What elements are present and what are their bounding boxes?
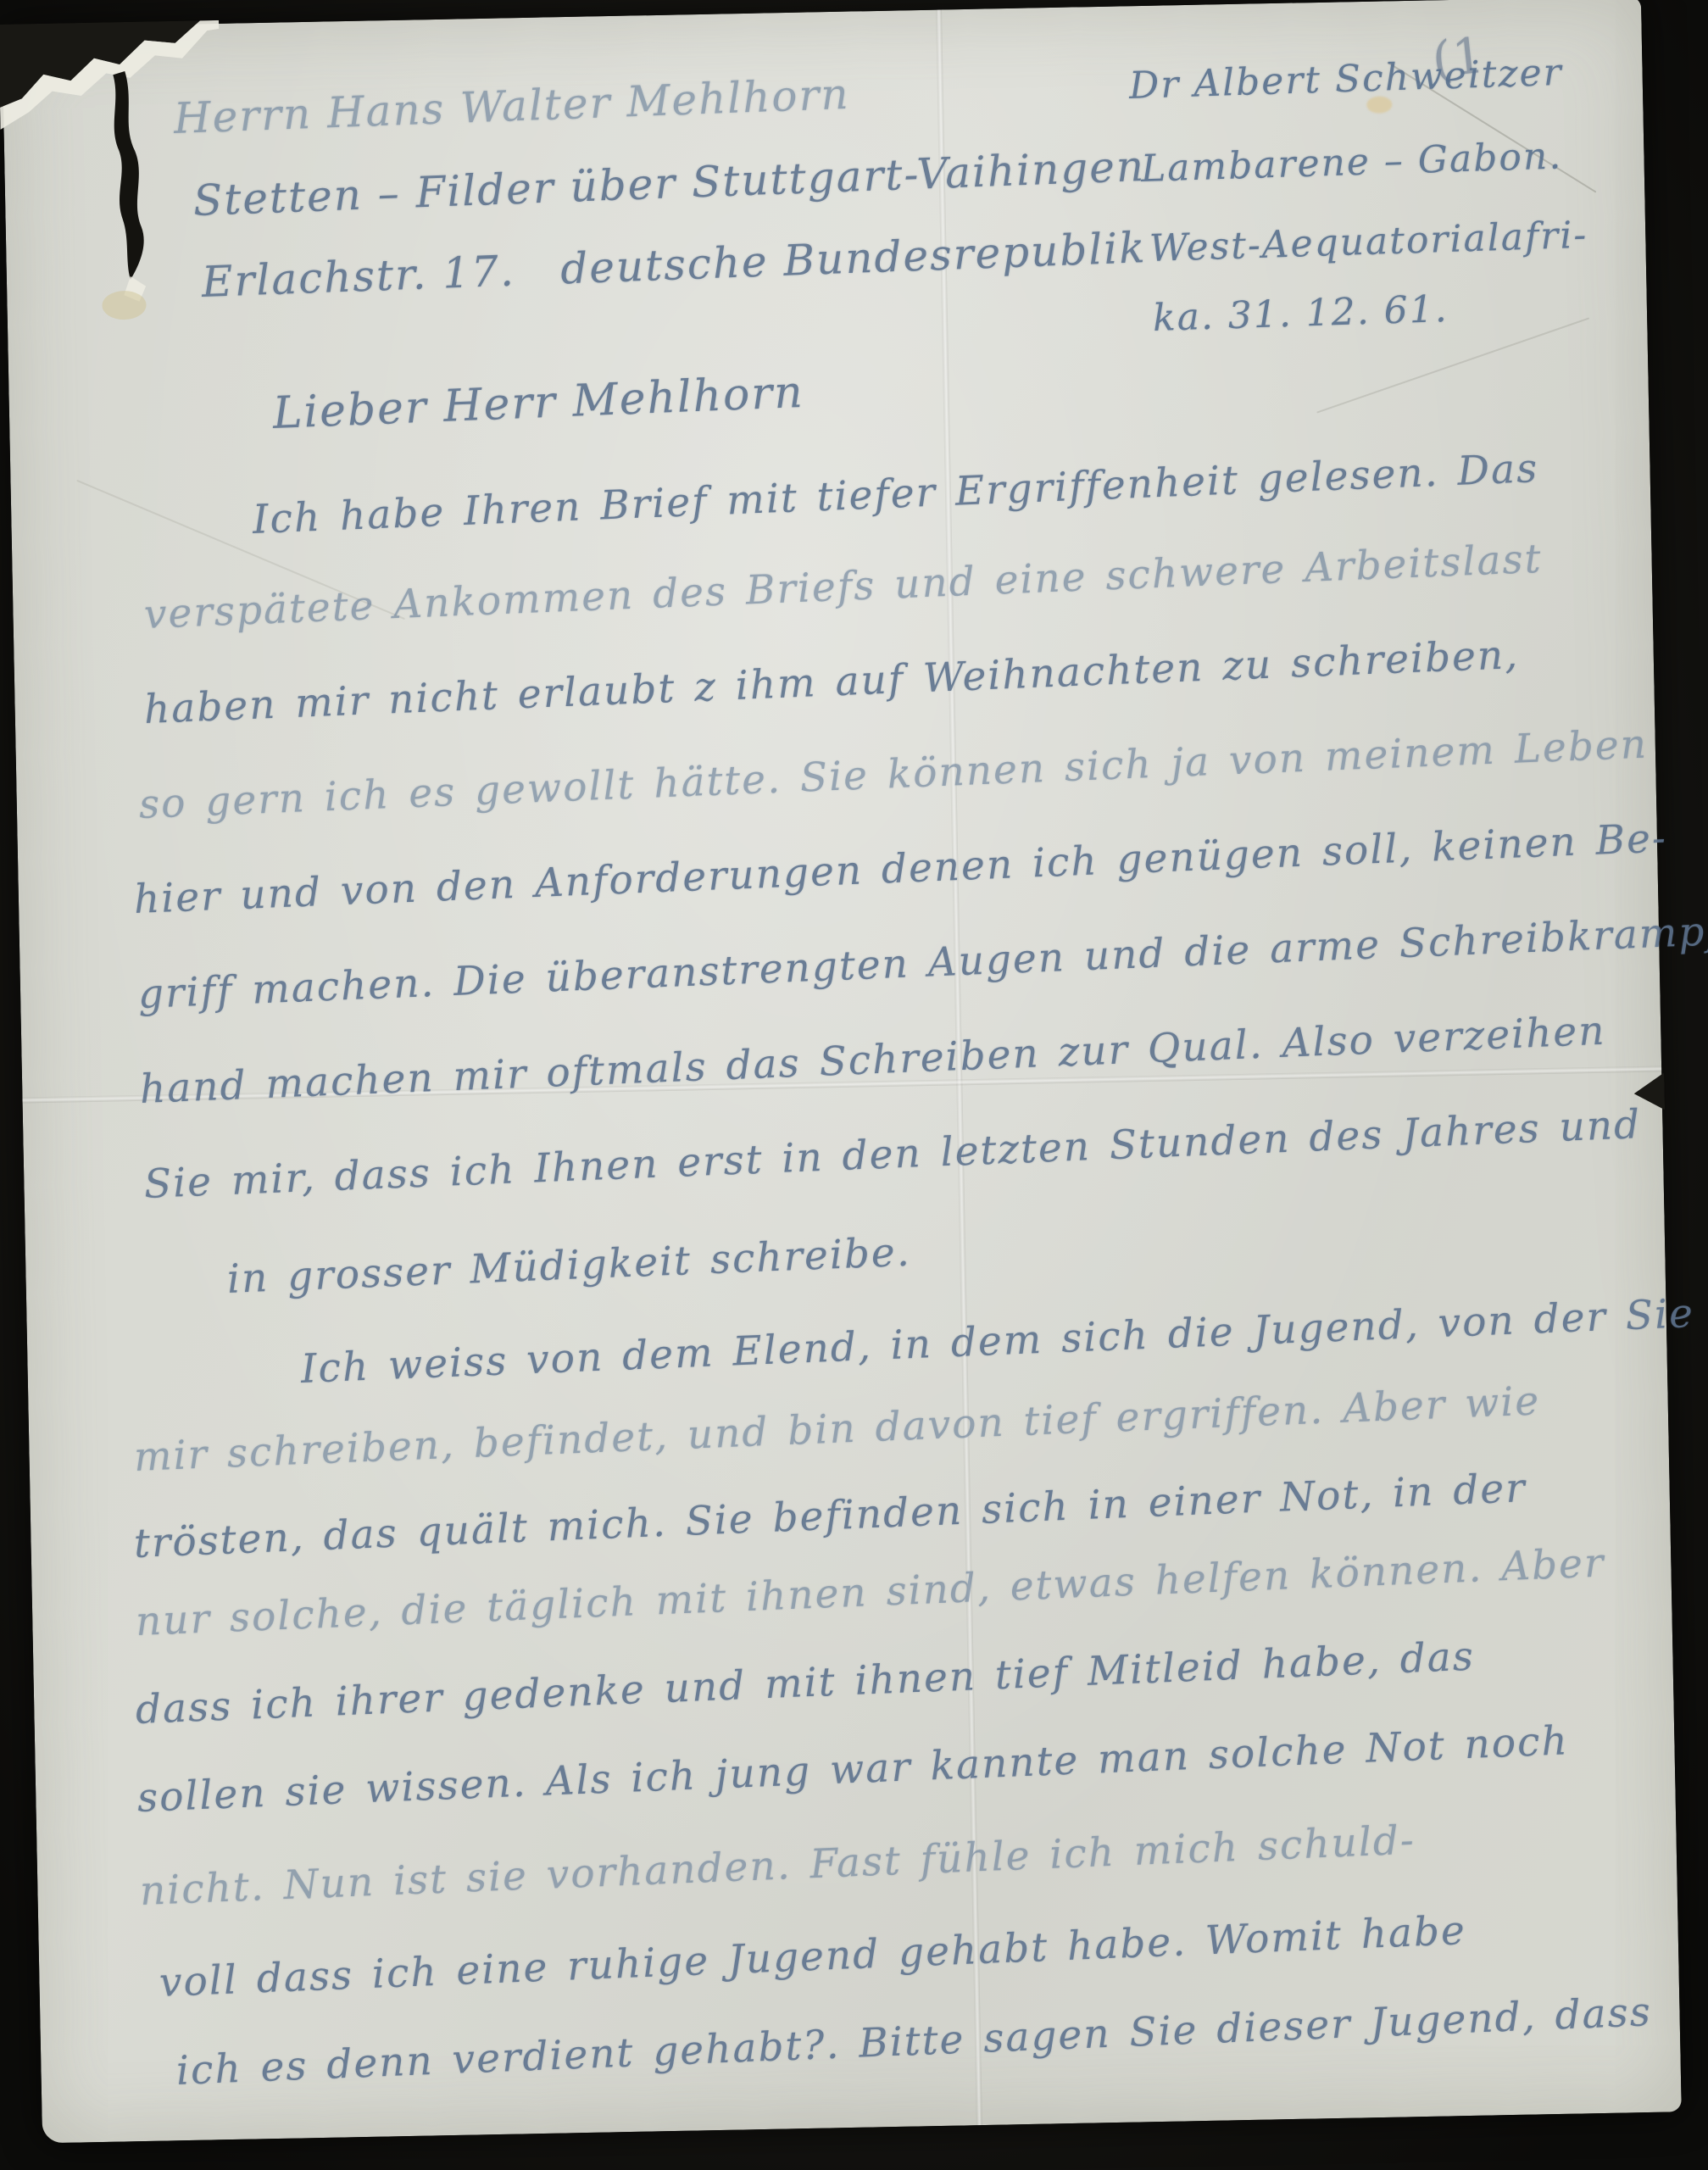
- sender-line: Dr Albert Schweitzer: [1128, 54, 1563, 105]
- letter-text: (1 Herrn Hans Walter Mehlhorn Stetten – …: [0, 0, 1708, 2170]
- body-line: haben mir nicht erlaubt z ihm auf Weihna…: [143, 635, 1520, 730]
- body-line: griff machen. Die überanstrengten Augen …: [137, 910, 1708, 1015]
- salutation: Lieber Herr Mehlhorn: [272, 370, 805, 436]
- body-line: nicht. Nun ist sie vorhanden. Fast fühle…: [139, 1821, 1416, 1911]
- sender-line: West-Aequatorialafri-: [1149, 217, 1588, 268]
- sender-date-line: ka. 31. 12. 61.: [1152, 291, 1449, 337]
- body-line: Ich habe Ihren Brief mit tiefer Ergriffe…: [252, 448, 1539, 540]
- body-line: voll dass ich eine ruhige Jugend gehabt …: [159, 1911, 1467, 2003]
- recipient-line: Herrn Hans Walter Mehlhorn: [173, 73, 850, 140]
- body-line: Ich weiss von dem Elend, in dem sich die…: [300, 1294, 1695, 1389]
- body-line: trösten, das quält mich. Sie befinden si…: [133, 1468, 1527, 1564]
- body-line: hand machen mir oftmals das Schreiben zu…: [139, 1011, 1606, 1110]
- body-line: in grosser Müdigkeit schreibe.: [226, 1232, 911, 1299]
- body-line: hier und von den Anforderungen denen ich…: [133, 818, 1668, 920]
- recipient-line: Stetten – Filder über Stuttgart-Vaihinge…: [192, 145, 1146, 222]
- body-line: sollen sie wissen. Als ich jung war kann…: [136, 1721, 1569, 1818]
- body-line: verspätete Ankommen des Briefs und eine …: [143, 539, 1543, 635]
- sender-line: Lambarene – Gabon.: [1140, 137, 1562, 188]
- scan-background: (1 Herrn Hans Walter Mehlhorn Stetten – …: [0, 0, 1708, 2170]
- body-line: Sie mir, dass ich Ihnen erst in den letz…: [143, 1104, 1642, 1205]
- body-line: ich es denn verdient gehabt?. Bitte sage…: [175, 1992, 1653, 2091]
- recipient-line: Erlachstr. 17. deutsche Bundesrepublik: [201, 226, 1147, 303]
- body-line: dass ich ihrer gedenke und mit ihnen tie…: [135, 1637, 1476, 1730]
- body-line: so gern ich es gewollt hätte. Sie können…: [138, 725, 1649, 825]
- body-line: mir schreiben, befindet, und bin davon t…: [133, 1381, 1541, 1477]
